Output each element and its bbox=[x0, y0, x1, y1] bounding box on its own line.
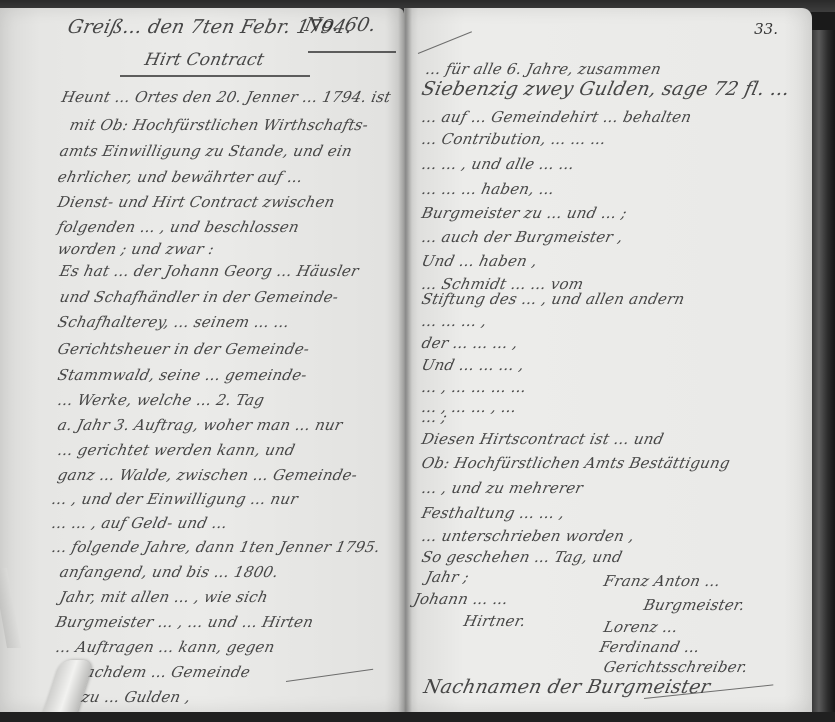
text-line: Stammwald, seine ... gemeinde- bbox=[56, 366, 309, 384]
text-line: Stiftung des ... , und allen andern bbox=[420, 290, 686, 308]
text-line: ... Werke, welche ... 2. Tag bbox=[56, 391, 266, 409]
continuation-stroke bbox=[418, 31, 472, 54]
signature-right-1: Franz Anton ... bbox=[602, 572, 722, 590]
document-title: Hirt Contract bbox=[143, 50, 266, 70]
text-line: Diesen Hirtscontract ist ... und bbox=[420, 430, 665, 448]
text-line: und Schafhändler in der Gemeinde- bbox=[58, 288, 340, 306]
text-line: Burgmeister zu ... und ... ; bbox=[420, 204, 629, 222]
signature-left-role: Hirtner. bbox=[462, 612, 527, 630]
text-line: anfangend, und bis ... 1800. bbox=[58, 563, 280, 581]
text-line: Festhaltung ... ... , bbox=[420, 504, 566, 522]
signature-right-role-1: Burgmeister. bbox=[642, 596, 746, 614]
text-line: a. Jahr 3. Auftrag, woher man ... nur bbox=[56, 416, 344, 434]
text-line: ganz ... Walde, zwischen ... Gemeinde- bbox=[56, 466, 359, 484]
text-line: ... unterschrieben worden , bbox=[420, 527, 636, 545]
text-line: Jahr, mit allen ... , wie sich bbox=[58, 588, 270, 606]
text-line: der ... ... ... , bbox=[420, 334, 520, 352]
text-line: ... ; bbox=[420, 408, 449, 426]
book-page-edges bbox=[812, 30, 835, 722]
text-line: ... Contribution, ... ... ... bbox=[420, 130, 608, 148]
text-line: Dienst- und Hirt Contract zwischen bbox=[56, 193, 336, 211]
left-page: Greiß... den 7ten Febr. 1794. No. 60. Hi… bbox=[0, 8, 404, 712]
text-line: ... auch der Burgmeister , bbox=[420, 228, 625, 246]
text-line: ... , und zu mehrerer bbox=[420, 479, 585, 497]
text-line: Es hat ... der Johann Georg ... Häusler bbox=[58, 262, 360, 280]
entry-number: 60. bbox=[343, 14, 379, 36]
signature-right-3: Ferdinand ... bbox=[598, 638, 701, 656]
text-line: Schafhalterey, ... seinem ... ... bbox=[56, 313, 291, 331]
text-line: worden ; und zwar : bbox=[56, 240, 216, 258]
signature-left-name: Johann ... ... bbox=[412, 590, 510, 608]
text-line: ... folgende Jahre, dann 1ten Jenner 179… bbox=[50, 538, 382, 556]
text-line: ... ... ... haben, ... bbox=[420, 180, 556, 198]
entry-number-underline bbox=[308, 51, 396, 53]
text-line: amts Einwilligung zu Stande, und ein bbox=[58, 142, 354, 160]
book-bottom-edge bbox=[0, 712, 835, 722]
text-line: Jahr ; bbox=[424, 568, 471, 586]
text-line: mit Ob: Hochfürstlichen Wirthschafts- bbox=[68, 116, 370, 134]
text-line: Gerichtsheuer in der Gemeinde- bbox=[56, 340, 311, 358]
text-line: ... auf ... Gemeindehirt ... behalten bbox=[420, 108, 693, 126]
text-line: Und ... haben , bbox=[420, 252, 539, 270]
text-line: Ob: Hochfürstlichen Amts Bestättigung bbox=[420, 454, 732, 472]
right-page: 33. ... für alle 6. Jahre, zusammen Sieb… bbox=[404, 8, 812, 712]
closing-stroke bbox=[286, 669, 373, 682]
ledger-spread: Greiß... den 7ten Febr. 1794. No. 60. Hi… bbox=[0, 0, 835, 722]
text-line: ... , ... ... ... ... bbox=[420, 378, 528, 396]
page-number: 33. bbox=[754, 20, 778, 38]
text-line: ... ... , und alle ... ... bbox=[420, 155, 576, 173]
book-gutter bbox=[398, 8, 412, 712]
signature-right-2: Lorenz ... bbox=[602, 618, 680, 636]
title-underline bbox=[120, 75, 310, 77]
page-curl bbox=[0, 568, 21, 648]
text-line-amount: Siebenzig zwey Gulden, sage 72 fl. ... bbox=[420, 78, 792, 100]
signature-right-role-2: Gerichtsschreiber. bbox=[602, 658, 749, 676]
text-line: folgenden ... , und beschlossen bbox=[56, 218, 301, 236]
text-line: ... ... ... , bbox=[420, 312, 488, 330]
text-line: ... ... , auf Geld- und ... bbox=[50, 514, 229, 532]
text-line: ... Auftragen ... kann, gegen bbox=[54, 638, 276, 656]
text-line: ... , und der Einwilligung ... nur bbox=[50, 490, 300, 508]
text-line: So geschehen ... Tag, und bbox=[420, 548, 624, 566]
text-line: Burgmeister ... , ... und ... Hirten bbox=[54, 613, 315, 631]
entry-number-label: No. bbox=[303, 14, 342, 36]
text-line: ehrlicher, und bewährter auf ... bbox=[56, 168, 304, 186]
text-line: ... gerichtet werden kann, und bbox=[56, 441, 297, 459]
text-line: Und ... ... ... , bbox=[420, 356, 526, 374]
text-line: ... für alle 6. Jahre, zusammen bbox=[424, 60, 663, 78]
text-line: Heunt ... Ortes den 20. Jenner ... 1794.… bbox=[60, 88, 392, 106]
